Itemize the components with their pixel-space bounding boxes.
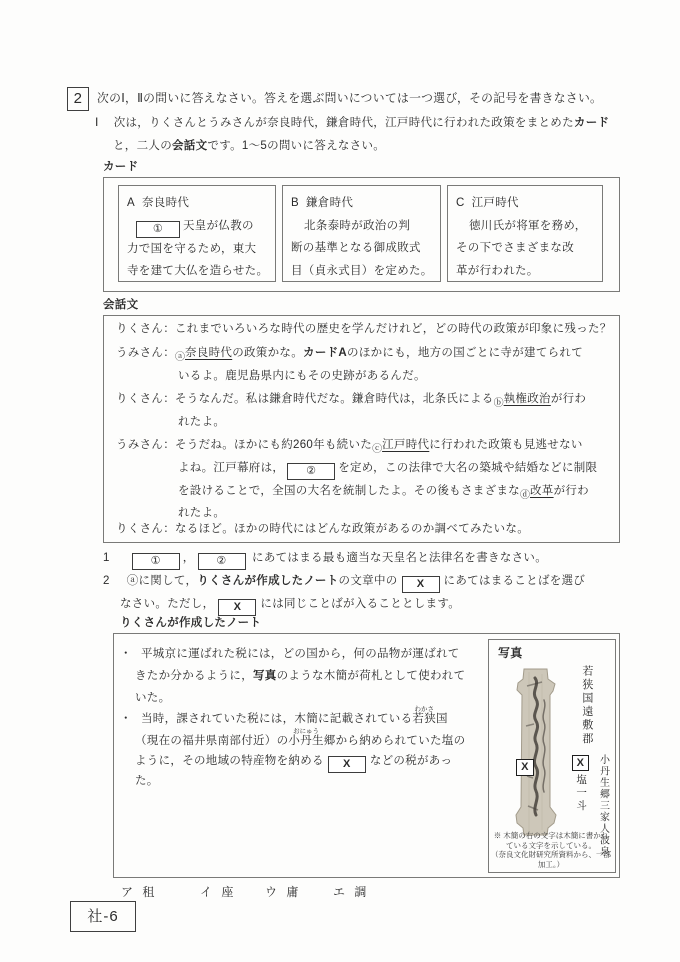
- ruby-onyu: 小丹生おにゅう: [288, 735, 323, 747]
- choice-u-kana: ウ: [265, 884, 277, 900]
- circled-a-mark: ⓐ: [175, 352, 185, 363]
- speaker-umi: うみさん：: [116, 347, 175, 359]
- page-number-box: 社-6: [70, 901, 136, 932]
- dialog-line: りくさん：なるほど。ほかの時代にはどんな政策があるのか調べてみたいな。: [116, 522, 529, 538]
- choice-a-word: 租: [142, 884, 154, 900]
- ruby-wakasa: 若狭わかさ: [412, 713, 436, 725]
- subquestion-2-number: 2: [103, 575, 110, 587]
- card-b-era: 鎌倉時代: [306, 197, 353, 209]
- x-overlay-on-tablet: X: [516, 759, 534, 776]
- choice-e-kana: エ: [333, 884, 345, 900]
- dialog-line: よね。江戸幕府は，②を定め，この法律で大名の築城や結婚などに制限: [178, 461, 597, 480]
- speaker-riku: りくさん：: [116, 393, 175, 405]
- blank-box-2: ②: [287, 463, 335, 480]
- furigana-onyu: おにゅう: [293, 728, 319, 737]
- subquestion-1: 1 ①，② にあてはまる最も適当な天皇名と法律名を書きなさい。: [103, 551, 547, 570]
- furigana-wakasa: わかさ: [414, 706, 434, 715]
- subquestion-2-line-1: 2 ⓐに関して，りくさんが作成したノートの文章中のXにあてはまることばを選び: [103, 574, 585, 593]
- choice-a-kana: ア: [121, 884, 133, 900]
- note-box: ・ 平城京に運ばれた税には，どの国から，何の品物が運ばれて きたか分かるように，…: [113, 633, 620, 878]
- section-numeral: Ⅰ: [95, 117, 99, 129]
- subquestion-1-number: 1: [103, 552, 110, 564]
- dialog-line: れたよ。: [178, 506, 225, 522]
- circled-c-mark: ⓒ: [372, 444, 382, 455]
- dialog-line: うみさん：そうだね。ほかにも約260年も続いたⓒ江戸時代に行われた政策も見逃せな…: [116, 438, 583, 457]
- exam-page: 2 次のⅠ，Ⅱの問いに答えなさい。答えを選ぶ問いについては一つ選び，その記号を書…: [0, 0, 680, 962]
- blank-box-1: ①: [136, 221, 180, 238]
- note-line: 平城京に運ばれた税には，どの国から，何の品物が運ばれて: [141, 647, 460, 663]
- subquestion-2-line-2: なさい。ただし，Xには同じことばが入ることとします。: [120, 597, 460, 616]
- instruction-line-3: と，二人の会話文です。1～5の問いに答えなさい。: [113, 139, 385, 155]
- card-a: A 奈良時代 ①天皇が仏教の 力で国を守るため，東大 寺を建て大仏を造らせた。: [118, 185, 276, 282]
- note-line: 当時，課されていた税には，木簡に記載されている若狭わかさ国: [141, 712, 448, 728]
- question-number: 2: [74, 90, 83, 107]
- dialog-line: を設けることで，全国の大名を統制したよ。その後もさまざまなⓓ改革が行わ: [178, 484, 589, 503]
- card-c: C 江戸時代 徳川氏が将軍を務め， その下でさまざまな改 革が行われた。: [447, 185, 603, 282]
- dialog-line: りくさん：そうなんだ。私は鎌倉時代だな。鎌倉時代は，北条氏によるⓑ執権政治が行わ: [116, 392, 586, 411]
- instruction-line-1: 次のⅠ，Ⅱの問いに答えなさい。答えを選ぶ問いについては一つ選び，その記号を書きな…: [97, 91, 602, 107]
- blank-box-1-ref: ①: [132, 553, 180, 570]
- choice-u-word: 庸: [286, 884, 298, 900]
- dialog-line: れたよ。: [178, 415, 225, 431]
- dialog-line: りくさん：これまでいろいろな時代の歴史を学んだけれど，どの時代の政策が印象に残っ…: [116, 322, 612, 338]
- underlined-term-d: 改革: [530, 485, 554, 497]
- source-note: ※ 木簡の右の文字は木簡に書かれ ている文字を示している。 （奈良文化財研究所資…: [491, 831, 611, 869]
- photo-box: 写真 X 若狭国遠敷郡 小丹生郷三家人波泉 X 塩一斗: [488, 639, 616, 873]
- question-number-box: 2: [67, 87, 89, 111]
- mokkan-tablet-image: [512, 666, 560, 838]
- transcription-salt: 塩一斗: [574, 774, 588, 822]
- card-c-era: 江戸時代: [472, 197, 519, 209]
- speaker-umi: うみさん：: [116, 439, 175, 451]
- card-a-letter: A: [127, 197, 135, 209]
- choice-i: イ座: [200, 884, 234, 900]
- card-c-letter: C: [456, 197, 465, 209]
- note-line: いた。: [135, 691, 170, 707]
- note-line: （現在の福井県南部付近）の小丹生おにゅう郷から納められていた塩の: [135, 734, 465, 750]
- choice-i-word: 座: [221, 884, 233, 900]
- speaker-riku: りくさん：: [116, 523, 175, 535]
- dialog-label: 会話文: [103, 298, 138, 314]
- circled-b-mark: ⓑ: [494, 398, 504, 409]
- note-line: ように，その地域の特産物を納めるXなどの税があっ: [135, 754, 452, 773]
- speaker-riku: りくさん：: [116, 323, 175, 335]
- x-blank-box: X: [328, 756, 366, 773]
- cards-label: カード: [103, 160, 138, 176]
- dialog-box: りくさん：これまでいろいろな時代の歴史を学んだけれど，どの時代の政策が印象に残っ…: [103, 315, 620, 543]
- underlined-term-a: 奈良時代: [185, 347, 232, 359]
- bullet-2: ・: [120, 712, 132, 728]
- dialog-line: うみさん：ⓐ奈良時代の政策かな。カードAのほかにも，地方の国ごとに寺が建てられて: [116, 346, 583, 365]
- card-a-era: 奈良時代: [142, 197, 189, 209]
- instruction-line-2: Ⅰ 次は，りくさんとうみさんが奈良時代，鎌倉時代，江戸時代に行われた政策をまとめ…: [95, 116, 609, 132]
- transcription-column-1: 若狭国遠敷郡: [579, 665, 594, 759]
- note-line: た。: [135, 774, 159, 790]
- choice-e-word: 調: [354, 884, 366, 900]
- choice-u: ウ庸: [265, 884, 299, 900]
- note-label: りくさんが作成したノート: [120, 616, 261, 632]
- x-box-transcription: X: [572, 755, 589, 771]
- choice-i-kana: イ: [200, 884, 212, 900]
- underlined-term-c: 江戸時代: [382, 439, 429, 451]
- note-line: きたか分かるように，写真のような木簡が荷札として使われて: [135, 669, 465, 685]
- choice-a: ア租: [121, 884, 155, 900]
- card-b-letter: B: [291, 197, 299, 209]
- mokkan-tablet-svg: [512, 666, 560, 838]
- circled-d-mark: ⓓ: [520, 490, 530, 501]
- choice-e: エ調: [333, 884, 367, 900]
- page-number: 社-6: [87, 908, 118, 925]
- x-blank-box: X: [402, 576, 440, 593]
- card-b: B 鎌倉時代 北条泰時が政治の判 断の基準となる御成敗式 目（貞永式目）を定めた…: [282, 185, 441, 282]
- cards-box: A 奈良時代 ①天皇が仏教の 力で国を守るため，東大 寺を建て大仏を造らせた。 …: [103, 177, 620, 292]
- dialog-line: いるよ。鹿児島県内にもその史跡があるんだ。: [178, 369, 426, 385]
- photo-label: 写真: [498, 645, 523, 661]
- bullet-1: ・: [120, 647, 132, 663]
- underlined-term-b: 執権政治: [504, 393, 551, 405]
- blank-box-2-ref: ②: [198, 553, 246, 570]
- x-blank-box: X: [218, 599, 256, 616]
